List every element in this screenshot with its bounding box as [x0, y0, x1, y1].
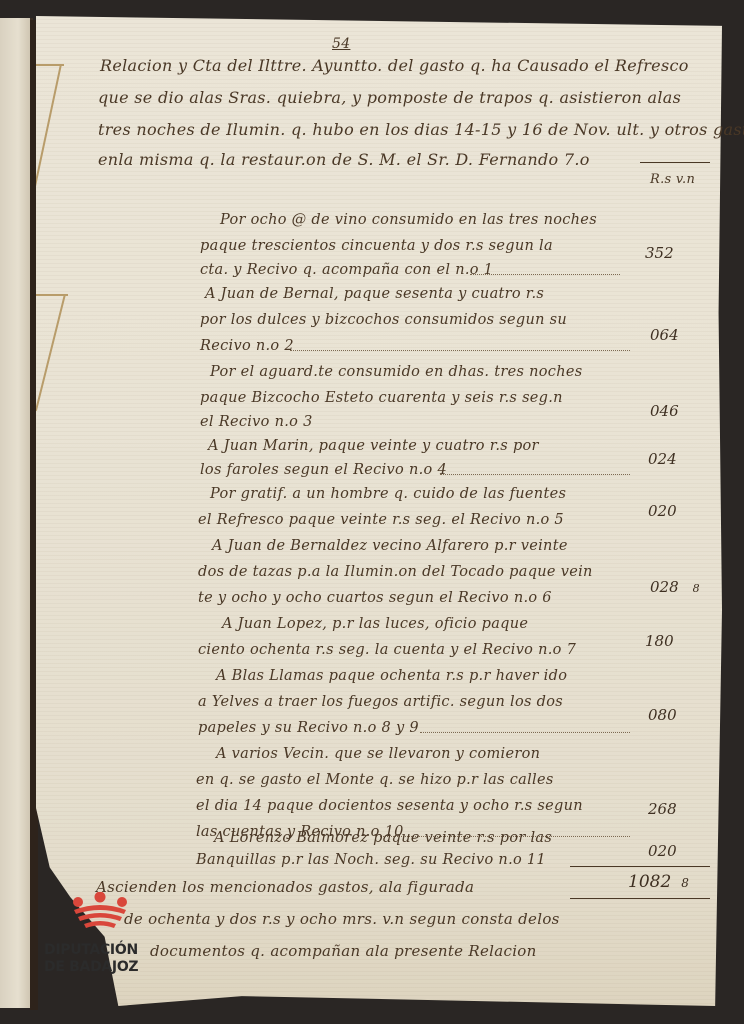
leader-dots	[290, 350, 630, 351]
entry-6-amount-value: 028	[650, 578, 679, 596]
column-header: R.s v.n	[650, 172, 695, 187]
entry-6-line-1: A Juan de Bernaldez vecino Alfarero p.r …	[212, 538, 568, 554]
entry-9-line-2: en q. se gasto el Monte q. se hizo p.r l…	[196, 772, 554, 788]
entry-4-line-2: los faroles segun el Recivo n.o 4	[200, 462, 447, 478]
entry-2-amount: 064	[650, 326, 744, 344]
entry-3-line-3: el Recivo n.o 3	[200, 414, 313, 430]
entry-2-line-3: Recivo n.o 2	[200, 338, 294, 354]
entry-2-line-1: A Juan de Bernal, paque sesenta y cuatro…	[205, 286, 544, 302]
entry-9-amount: 268	[648, 800, 744, 818]
total-amount: 10828	[628, 872, 738, 892]
total-rule-bottom	[570, 898, 710, 899]
fold-crease	[35, 294, 66, 411]
closing-line-2: de ochenta y dos r.s y ocho mrs. v.n seg…	[124, 910, 560, 928]
entry-10-line-1: A Lorenzo Balmorez paque veinte r.s por …	[214, 830, 552, 846]
entry-3-line-1: Por el aguard.te consumido en dhas. tres…	[210, 364, 583, 380]
entry-9-line-3: el dia 14 paque docientos sesenta y ocho…	[196, 798, 583, 814]
adjacent-page-edge	[0, 18, 33, 1008]
header-line-4: enla misma q. la restaur.on de S. M. el …	[98, 150, 590, 169]
folio-number: 54	[332, 36, 350, 52]
crown-emblem-icon	[70, 892, 130, 932]
watermark-line-2: DE BADAJOZ	[44, 959, 138, 975]
entry-8-line-1: A Blas Llamas paque ochenta r.s p.r have…	[216, 668, 567, 684]
leader-dots	[470, 274, 620, 275]
header-line-3: tres noches de Ilumin. q. hubo en los di…	[98, 120, 744, 139]
entry-8-line-3: papeles y su Recivo n.o 8 y 9	[198, 720, 419, 736]
fold-crease	[36, 294, 68, 296]
entry-6-amount-fraction: 8	[693, 582, 700, 595]
leader-dots	[420, 732, 630, 733]
fold-crease	[36, 64, 64, 66]
entry-8-amount: 080	[648, 706, 744, 724]
entry-5-line-1: Por gratif. a un hombre q. cuido de las …	[210, 486, 566, 502]
entry-1-line-1: Por ocho @ de vino consumido en las tres…	[220, 212, 597, 228]
leader-dots	[440, 474, 630, 475]
closing-line-3: documentos q. acompañan ala presente Rel…	[150, 942, 537, 960]
entry-3-amount: 046	[650, 402, 744, 420]
entry-1-amount: 352	[645, 244, 744, 262]
total-value: 1082	[628, 872, 671, 892]
entry-10-amount: 020	[648, 842, 744, 860]
entry-6-line-2: dos de tazas p.a la Ilumin.on del Tocado…	[198, 564, 593, 580]
entry-7-amount: 180	[645, 632, 744, 650]
entry-4-amount: 024	[648, 450, 744, 468]
entry-9-line-1: A varios Vecin. que se llevaron y comier…	[216, 746, 540, 762]
header-underline	[640, 162, 710, 163]
entry-6-amount: 0288	[650, 578, 744, 596]
entry-7-line-2: ciento ochenta r.s seg. la cuenta y el R…	[198, 642, 576, 658]
entry-1-line-3: cta. y Recivo q. acompaña con el n.o 1	[200, 262, 493, 278]
entry-5-amount: 020	[648, 502, 744, 520]
entry-6-line-3: te y ocho y ocho cuartos segun el Recivo…	[198, 590, 552, 606]
total-rule-top	[570, 866, 710, 867]
entry-2-line-2: por los dulces y bizcochos consumidos se…	[200, 312, 567, 328]
entry-7-line-1: A Juan Lopez, p.r las luces, oficio paqu…	[222, 616, 528, 632]
total-fraction: 8	[681, 876, 689, 890]
entry-3-line-2: paque Bizcocho Esteto cuarenta y seis r.…	[200, 390, 563, 406]
entry-10-line-2: Banquillas p.r las Noch. seg. su Recivo …	[196, 852, 546, 868]
entry-4-line-1: A Juan Marin, paque veinte y cuatro r.s …	[208, 438, 539, 454]
entry-8-line-2: a Yelves a traer los fuegos artific. seg…	[198, 694, 563, 710]
diputacion-badajoz-watermark: DIPUTACIÓN DE BADAJOZ	[44, 892, 154, 982]
watermark-line-1: DIPUTACIÓN	[44, 942, 138, 958]
entry-1-line-2: paque trescientos cincuenta y dos r.s se…	[200, 238, 553, 254]
header-line-1: Relacion y Cta del Ilttre. Ayuntto. del …	[100, 56, 689, 75]
entry-5-line-2: el Refresco paque veinte r.s seg. el Rec…	[198, 512, 564, 528]
header-line-2: que se dio alas Sras. quiebra, y pompost…	[98, 88, 681, 107]
